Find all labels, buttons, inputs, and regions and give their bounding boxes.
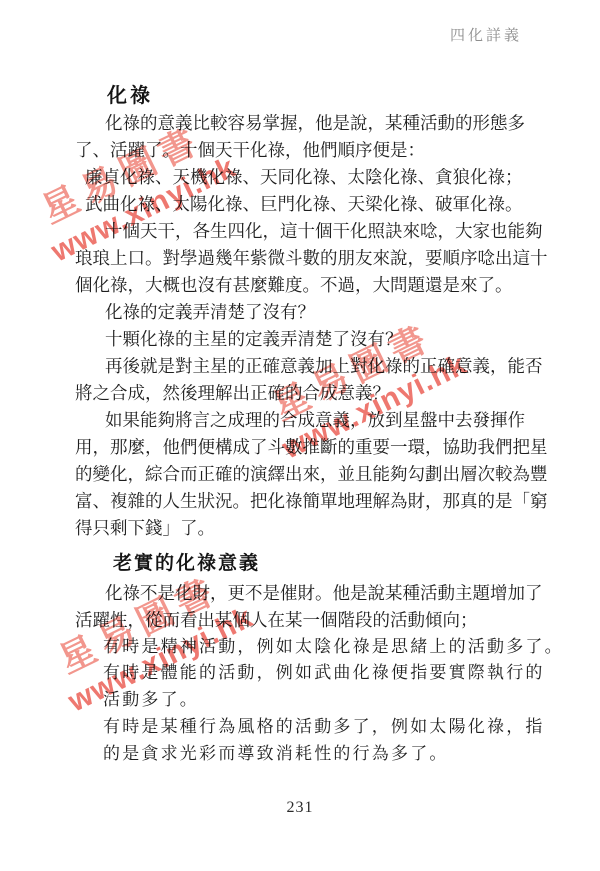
text-line: 活躍性，從而看出某個人在某一個階段的活動傾向； xyxy=(75,607,533,634)
text-line: 十個天干，各生四化，這十個干化照訣來唸，大家也能夠 xyxy=(75,218,533,245)
section-body-honest-meaning: 化祿不是化財，更不是催財。他是說某種活動主題增加了活躍性，從而看出某個人在某一個… xyxy=(75,580,533,768)
text-line: 化祿的定義弄清楚了沒有？ xyxy=(75,299,533,326)
text-line: 得只剩下錢」了。 xyxy=(75,515,533,542)
text-line: 富、複雜的人生狀況。把化祿簡單地理解為財，那真的是「窮 xyxy=(75,488,533,515)
text-line: 廉貞化祿、天機化祿、天同化祿、太陰化祿、貪狼化祿； xyxy=(75,164,533,191)
text-line: 有時是某種行為風格的活動多了，例如太陽化祿，指 xyxy=(75,714,533,741)
text-line: 活動多了。 xyxy=(75,687,533,714)
text-line: 化祿不是化財，更不是催財。他是說某種活動主題增加了 xyxy=(75,580,533,607)
section-title-honest-meaning: 老實的化祿意義 xyxy=(113,552,533,576)
text-line: 有時是體能的活動，例如武曲化祿便指要實際執行的 xyxy=(75,660,533,687)
page-content: 化祿 化祿的意義比較容易掌握，他是說，某種活動的形態多了、活躍了。十個天干化祿，… xyxy=(75,84,533,768)
text-line: 將之合成，然後理解出正確的合成意義？ xyxy=(75,380,533,407)
text-line: 武曲化祿、太陽化祿、巨門化祿、天梁化祿、破軍化祿。 xyxy=(75,191,533,218)
text-line: 再後就是對主星的正確意義加上對化祿的正確意義，能否 xyxy=(75,353,533,380)
section-title-hualu: 化祿 xyxy=(107,84,533,108)
text-line: 的變化，綜合而正確的演繹出來，並且能夠勾劃出層次較為豐 xyxy=(75,461,533,488)
running-head: 四化詳義 xyxy=(450,24,522,45)
page-number: 231 xyxy=(0,799,600,817)
text-line: 了、活躍了。十個天干化祿，他們順序便是： xyxy=(75,137,533,164)
text-line: 個化祿，大概也沒有甚麼難度。不過，大問題還是來了。 xyxy=(75,272,533,299)
text-line: 十顆化祿的主星的定義弄清楚了沒有？ xyxy=(75,326,533,353)
text-line: 化祿的意義比較容易掌握，他是說，某種活動的形態多 xyxy=(75,110,533,137)
text-line: 如果能夠將言之成理的合成意義，放到星盤中去發揮作 xyxy=(75,407,533,434)
section-body-hualu: 化祿的意義比較容易掌握，他是說，某種活動的形態多了、活躍了。十個天干化祿，他們順… xyxy=(75,110,533,542)
text-line: 用，那麼，他們便構成了斗數推斷的重要一環，協助我們把星 xyxy=(75,434,533,461)
text-line: 的是貪求光彩而導致消耗性的行為多了。 xyxy=(75,741,533,768)
text-line: 琅琅上口。對學過幾年紫微斗數的朋友來說，要順序唸出這十 xyxy=(75,245,533,272)
text-line: 有時是精神活動，例如太陰化祿是思緒上的活動多了。 xyxy=(75,634,533,661)
book-page: 四化詳義 化祿 化祿的意義比較容易掌握，他是說，某種活動的形態多了、活躍了。十個… xyxy=(0,0,600,871)
